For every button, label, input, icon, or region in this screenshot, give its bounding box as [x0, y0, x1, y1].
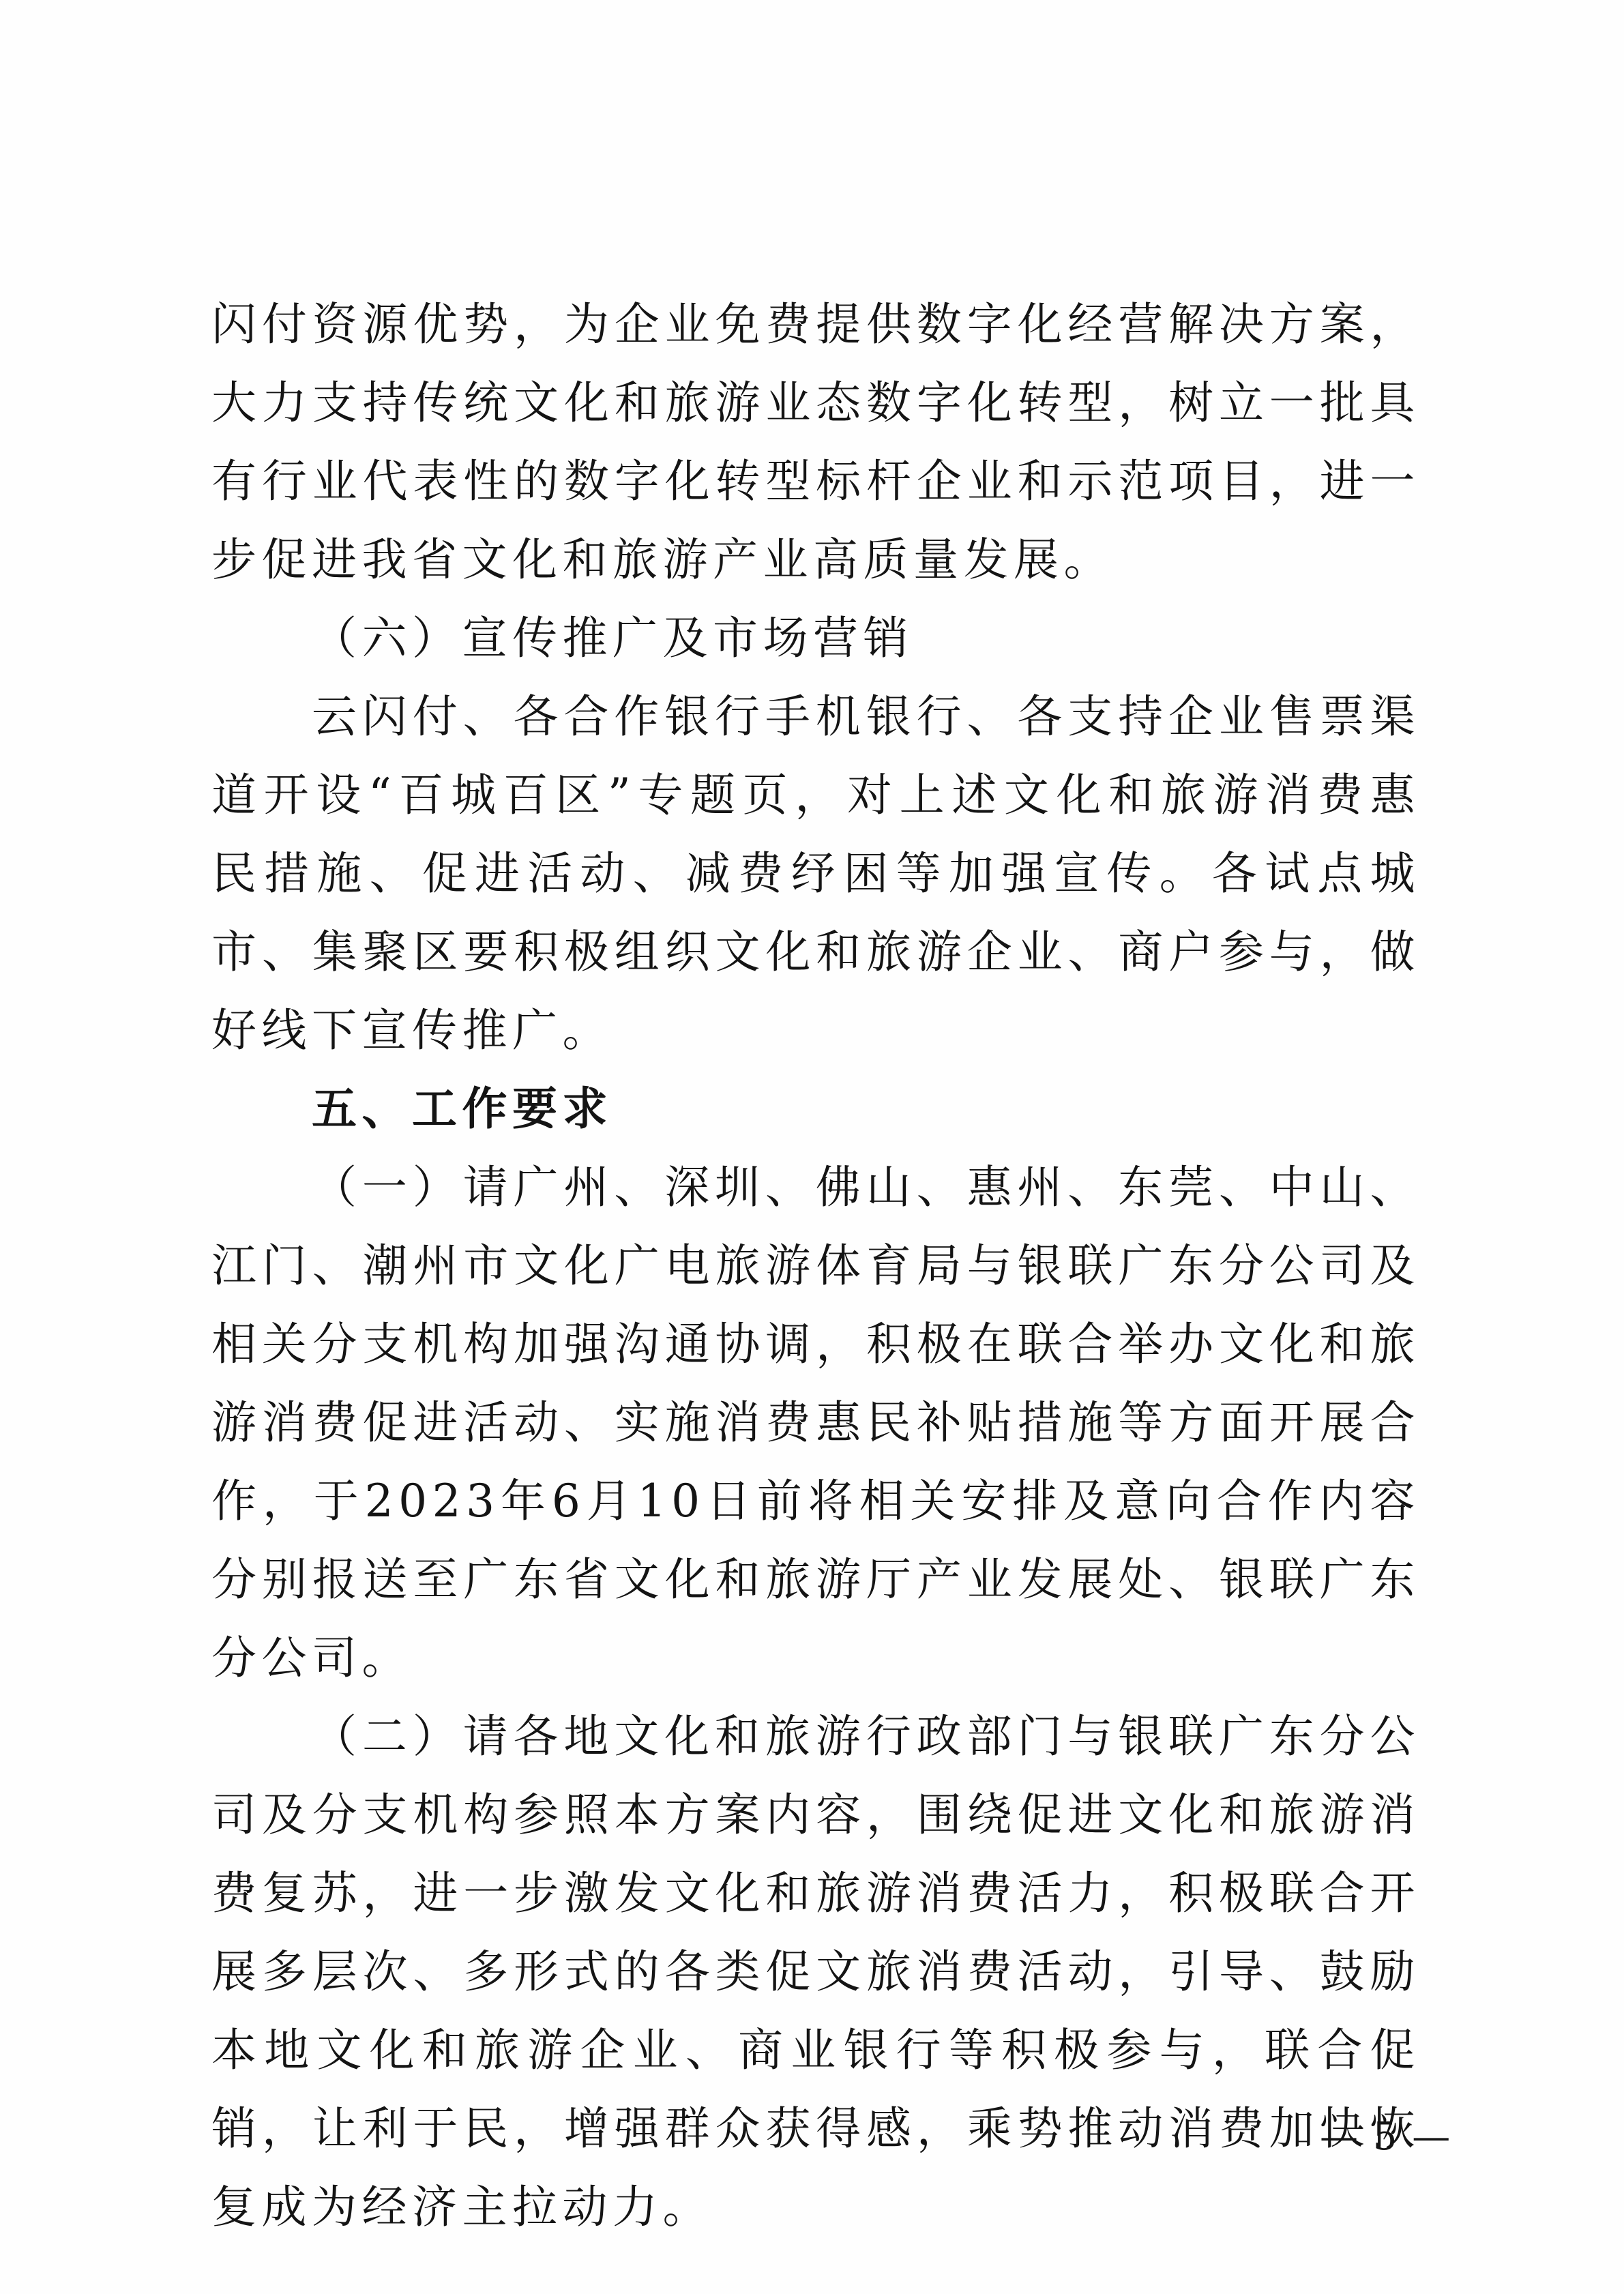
page-number: — 5 — — [1320, 2115, 1451, 2159]
paragraph-continuation: 闪付资源优势，为企业免费提供数字化经营解决方案，大力支持传统文化和旅游业态数字化… — [211, 285, 1420, 599]
paragraph-publicity: 云闪付、各合作银行手机银行、各支持企业售票渠道开设“百城百区”专题页，对上述文化… — [211, 677, 1420, 1070]
document-body: 闪付资源优势，为企业免费提供数字化经营解决方案，大力支持传统文化和旅游业态数字化… — [211, 285, 1420, 2246]
document-page: 闪付资源优势，为企业免费提供数字化经营解决方案，大力支持传统文化和旅游业态数字化… — [0, 0, 1624, 2294]
paragraph-requirement-2: （二）请各地文化和旅游行政部门与银联广东分公司及分支机构参照本方案内容，围绕促进… — [211, 1697, 1420, 2246]
subheading-publicity-marketing: （六）宣传推广及市场营销 — [211, 599, 1420, 677]
section-heading-work-requirements: 五、工作要求 — [211, 1070, 1420, 1148]
paragraph-requirement-1: （一）请广州、深圳、佛山、惠州、东莞、中山、江门、潮州市文化广电旅游体育局与银联… — [211, 1148, 1420, 1697]
